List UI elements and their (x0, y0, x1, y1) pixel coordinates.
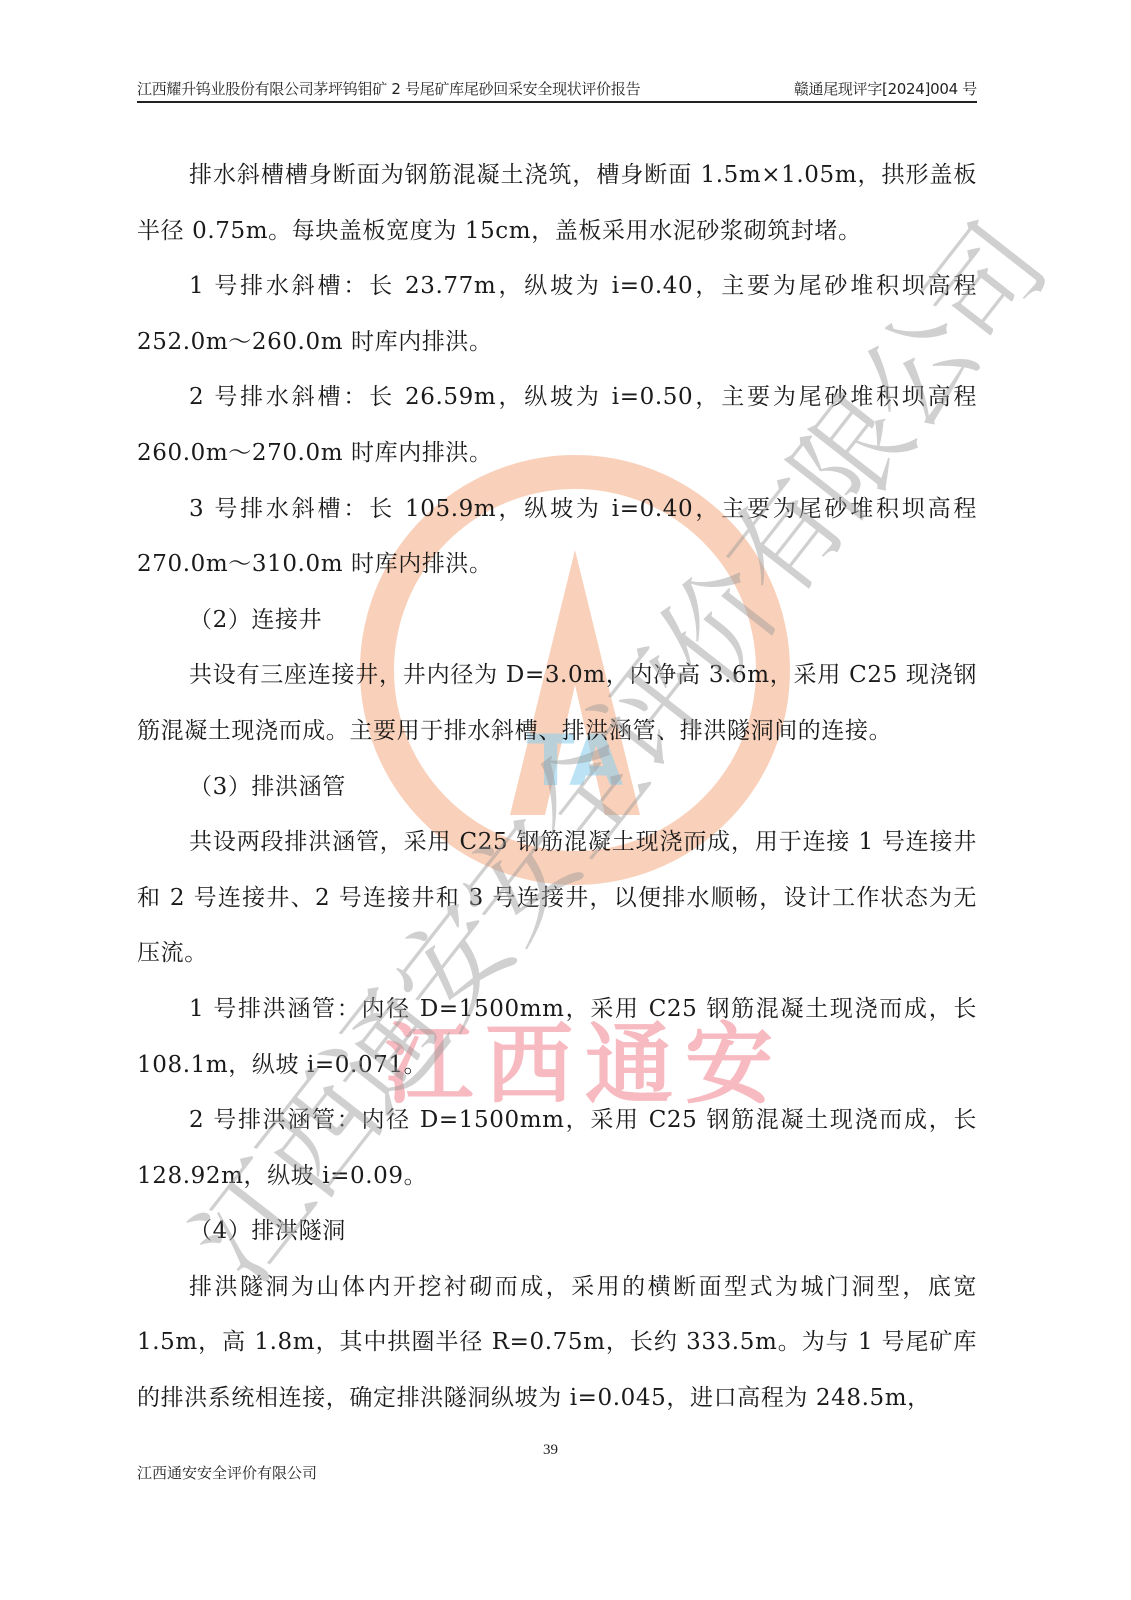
document-body: 排水斜槽槽身断面为钢筋混凝土浇筑，槽身断面 1.5m×1.05m，拱形盖板半径 … (137, 148, 977, 1427)
paragraph-tunnel: 排洪隧洞为山体内开挖衬砌而成，采用的横断面型式为城门洞型，底宽 1.5m，高 1… (137, 1260, 977, 1427)
paragraph-culvert-1: 1 号排洪涵管：内径 D=1500mm，采用 C25 钢筋混凝土现浇而成，长 1… (137, 982, 977, 1093)
heading-connection-well: （2）连接井 (137, 593, 977, 649)
paragraph-chute-3: 3 号排水斜槽：长 105.9m，纵坡为 i=0.40，主要为尾砂堆积坝高程 2… (137, 482, 977, 593)
heading-culvert: （3）排洪涵管 (137, 760, 977, 816)
paragraph-culvert: 共设两段排洪涵管，采用 C25 钢筋混凝土现浇而成，用于连接 1 号连接井和 2… (137, 815, 977, 982)
page-number: 39 (543, 1442, 558, 1459)
paragraph-chute-2: 2 号排水斜槽：长 26.59m，纵坡为 i=0.50，主要为尾砂堆积坝高程 2… (137, 370, 977, 481)
report-title: 江西耀升钨业股份有限公司茅坪钨钼矿 2 号尾矿库尾砂回采安全现状评价报告 (137, 78, 640, 100)
paragraph-connection-well: 共设有三座连接井，井内径为 D=3.0m，内净高 3.6m，采用 C25 现浇钢… (137, 648, 977, 759)
heading-tunnel: （4）排洪隧洞 (137, 1204, 977, 1260)
paragraph-culvert-2: 2 号排洪涵管：内径 D=1500mm，采用 C25 钢筋混凝土现浇而成，长 1… (137, 1093, 977, 1204)
footer-company: 江西通安安全评价有限公司 (137, 1462, 317, 1483)
header-divider (137, 101, 977, 103)
document-number: 赣通尾现评字[2024]004 号 (794, 78, 977, 100)
paragraph-chute-section: 排水斜槽槽身断面为钢筋混凝土浇筑，槽身断面 1.5m×1.05m，拱形盖板半径 … (137, 148, 977, 259)
paragraph-chute-1: 1 号排水斜槽：长 23.77m，纵坡为 i=0.40，主要为尾砂堆积坝高程 2… (137, 259, 977, 370)
page-header: 江西耀升钨业股份有限公司茅坪钨钼矿 2 号尾矿库尾砂回采安全现状评价报告 赣通尾… (137, 78, 977, 100)
